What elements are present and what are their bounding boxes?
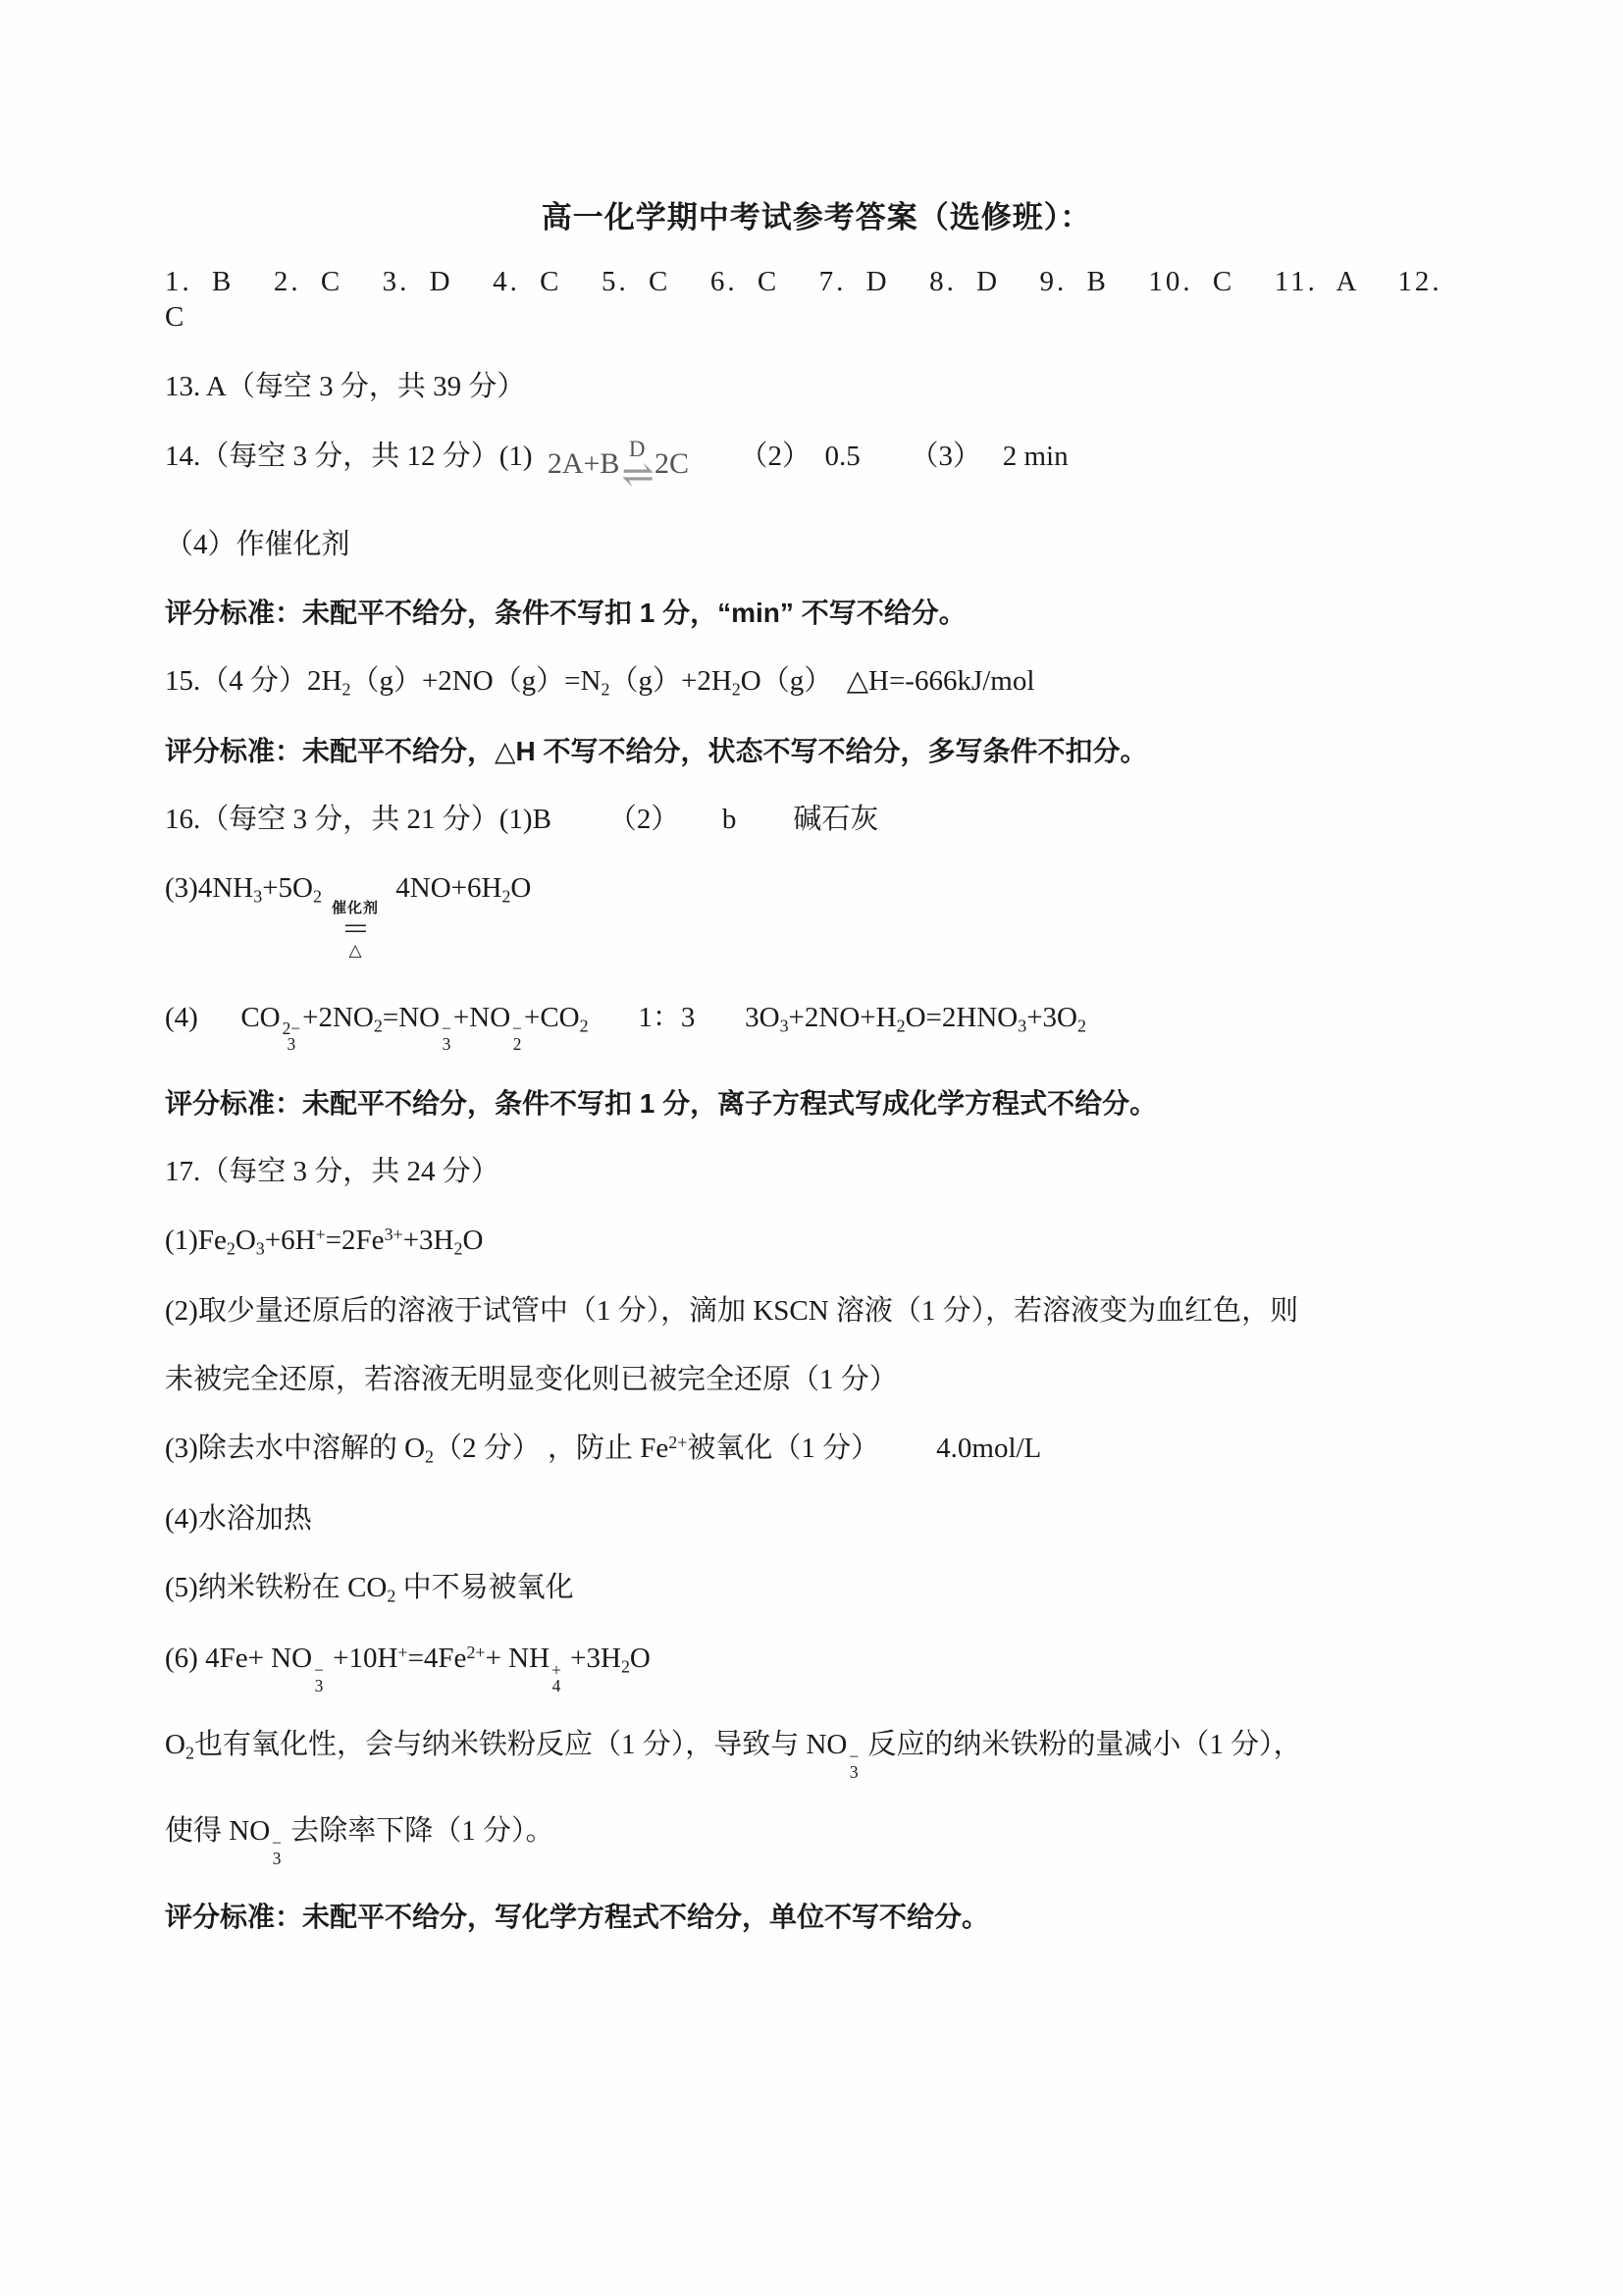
text-run: +CO bbox=[524, 1002, 580, 1033]
q17-part1-equation: (1)Fe2O3+6H+=2Fe3++3H2O bbox=[165, 1223, 1468, 1260]
q16-part4-answer: (4) CO2−3+2NO2=NO−3+NO−2+CO2 1：3 3O3+2NO… bbox=[165, 1000, 1468, 1053]
superscript: 2+ bbox=[466, 1643, 485, 1662]
text-run: (6) 4Fe+ NO bbox=[165, 1643, 312, 1674]
harpoon-arrows-icon: ⇌ bbox=[621, 460, 653, 490]
subscript: 3 bbox=[780, 1016, 789, 1035]
text-run: 未被完全还原，若溶液无明显变化则已被完全还原（1 分） bbox=[165, 1364, 898, 1395]
text-run: +6H bbox=[265, 1225, 316, 1256]
subscript: 2 bbox=[374, 1016, 383, 1035]
answer-key-document: 高一化学期中考试参考答案（选修班）： 1. B 2. C 3. D 4. C 5… bbox=[0, 0, 1623, 2296]
superscript: 2+ bbox=[668, 1433, 687, 1452]
superscript: 3+ bbox=[385, 1225, 403, 1244]
q17-part2-line1: (2)取少量还原后的溶液于试管中（1 分），滴加 KSCN 溶液（1 分），若溶… bbox=[165, 1293, 1468, 1329]
catalyst-equals: 催化剂=△ bbox=[332, 902, 379, 959]
ion-charge-stack: +4 bbox=[551, 1663, 561, 1694]
text-run: 16.（每空 3 分，共 21 分）(1)B （2） b 碱石灰 bbox=[165, 804, 878, 835]
subscript: 2 bbox=[621, 1657, 630, 1677]
subscript: 2 bbox=[1077, 1016, 1086, 1035]
text-run: （4）作催化剂 bbox=[165, 529, 350, 560]
subscript: 3 bbox=[253, 887, 262, 907]
q14-part4-answer: （4）作催化剂 bbox=[165, 527, 1468, 562]
ion-count: 3 bbox=[288, 1037, 296, 1053]
subscript: 3 bbox=[1018, 1016, 1026, 1035]
text-run: 评分标准：未配平不给分，△H 不写不给分，状态不写不给分，多写条件不扣分。 bbox=[165, 736, 1148, 766]
ion-count: 3 bbox=[315, 1679, 324, 1695]
ion-charge-stack: −3 bbox=[314, 1663, 324, 1694]
q17-explanation-line1: O2也有氧化性，会与纳米铁粉反应（1 分），导致与 NO−3 反应的纳米铁粉的量… bbox=[165, 1727, 1468, 1780]
q17-header: 17.（每空 3 分，共 24 分） bbox=[165, 1154, 1468, 1189]
exam-title: 高一化学期中考试参考答案（选修班）： bbox=[165, 192, 1468, 236]
text-run: （g）+2NO（g）=N bbox=[350, 665, 601, 697]
text-run: 使得 NO bbox=[165, 1815, 270, 1847]
text-run: 1：3 3O bbox=[589, 1002, 780, 1033]
text-run: O bbox=[630, 1643, 651, 1674]
q17-part4-answer: (4)水浴加热 bbox=[165, 1501, 1468, 1537]
text-run: 中不易被氧化 bbox=[395, 1572, 573, 1603]
text-run: (2)取少量还原后的溶液于试管中（1 分），滴加 KSCN 溶液（1 分），若溶… bbox=[165, 1295, 1298, 1327]
text-run: +2NO bbox=[302, 1002, 374, 1033]
grading-note-2: 评分标准：未配平不给分，△H 不写不给分，状态不写不给分，多写条件不扣分。 bbox=[165, 734, 1468, 768]
text-run: +5O bbox=[262, 872, 313, 904]
superscript: + bbox=[316, 1225, 326, 1244]
q17-part6-equation: (6) 4Fe+ NO−3 +10H+=4Fe2++ NH+4 +3H2O bbox=[165, 1641, 1468, 1694]
text-run: 13. A（每空 3 分，共 39 分） bbox=[165, 371, 525, 402]
text-run: 评分标准：未配平不给分，条件不写扣 1 分，离子方程式写成化学方程式不给分。 bbox=[165, 1088, 1157, 1119]
text-run: (3)除去水中溶解的 O bbox=[165, 1433, 425, 1464]
text-run: 1. B 2. C 3. D 4. C 5. C 6. C 7. D 8. D … bbox=[165, 266, 1462, 333]
ion-count: 3 bbox=[850, 1765, 859, 1781]
text-run: (3)4NH bbox=[165, 872, 253, 904]
text-run: 14.（每空 3 分，共 12 分）(1) bbox=[165, 441, 540, 472]
subscript: 2 bbox=[580, 1016, 589, 1035]
text-run: O（g） △H=-666kJ/mol bbox=[741, 665, 1035, 697]
text-run: （g）+2H bbox=[609, 665, 731, 697]
text-run: O bbox=[165, 1729, 185, 1760]
q16-answer: 16.（每空 3 分，共 21 分）(1)B （2） b 碱石灰 bbox=[165, 802, 1468, 837]
grading-note-4: 评分标准：未配平不给分，写化学方程式不给分，单位不写不给分。 bbox=[165, 1900, 1468, 1934]
ion-count: 3 bbox=[443, 1037, 451, 1053]
text-run: (1)Fe bbox=[165, 1225, 227, 1256]
text-run: (5)纳米铁粉在 CO bbox=[165, 1572, 387, 1603]
text-run: O bbox=[236, 1225, 256, 1256]
text-run: +2NO+H bbox=[789, 1002, 897, 1033]
text-run: =NO bbox=[383, 1002, 440, 1033]
text-run: 15.（4 分）2H bbox=[165, 665, 341, 697]
text-run: +10H bbox=[326, 1643, 398, 1674]
subscript: 3 bbox=[256, 1238, 265, 1258]
text-run: O bbox=[462, 1225, 483, 1256]
mc-answer-line: 1. B 2. C 3. D 4. C 5. C 6. C 7. D 8. D … bbox=[165, 264, 1468, 336]
superscript: + bbox=[397, 1643, 407, 1662]
text-run: (4)水浴加热 bbox=[165, 1503, 312, 1535]
reactants: 2A+B bbox=[548, 445, 620, 483]
subscript: 2 bbox=[227, 1238, 236, 1258]
q17-part5-answer: (5)纳米铁粉在 CO2 中不易被氧化 bbox=[165, 1570, 1468, 1607]
grading-note-3: 评分标准：未配平不给分，条件不写扣 1 分，离子方程式写成化学方程式不给分。 bbox=[165, 1086, 1468, 1121]
q14-answer: 14.（每空 3 分，共 12 分）(1) 2A+BD⇌2C （2） 0.5 （… bbox=[165, 438, 1468, 490]
text-run: +3H bbox=[403, 1225, 454, 1256]
subscript: 2 bbox=[897, 1016, 906, 1035]
text-run: O bbox=[510, 872, 531, 904]
text-run: O=2HNO bbox=[906, 1002, 1019, 1033]
text-run: + NH bbox=[486, 1643, 550, 1674]
ion-charge-stack: −3 bbox=[442, 1021, 451, 1052]
subscript: 2 bbox=[313, 887, 322, 907]
ion-charge-stack: −3 bbox=[272, 1836, 282, 1866]
text-run: 17.（每空 3 分，共 24 分） bbox=[165, 1156, 499, 1187]
subscript: 2 bbox=[387, 1587, 395, 1606]
text-run: 反应的纳米铁粉的量减小（1 分）， bbox=[861, 1729, 1302, 1760]
text-run: +3O bbox=[1026, 1002, 1077, 1033]
text-run: =2Fe bbox=[326, 1225, 385, 1256]
q16-part3-equation: (3)4NH3+5O2催化剂=△ 4NO+6H2O bbox=[165, 870, 1468, 959]
ion-charge-stack: −2 bbox=[512, 1021, 522, 1052]
ion-count: 4 bbox=[552, 1679, 561, 1695]
text-run: （2 分） ，防止 Fe bbox=[434, 1433, 668, 1464]
subscript: 2 bbox=[732, 679, 741, 699]
text-run: 被氧化（1 分） 4.0mol/L bbox=[687, 1433, 1041, 1464]
text-run: 也有氧化性，会与纳米铁粉反应（1 分），导致与 NO bbox=[194, 1729, 847, 1760]
ion-charge-stack: −3 bbox=[849, 1749, 859, 1780]
text-run: 评分标准：未配平不给分，条件不写扣 1 分，“min” 不写不给分。 bbox=[165, 598, 967, 628]
q13-answer: 13. A（每空 3 分，共 39 分） bbox=[165, 369, 1468, 404]
text-run: +3H bbox=[563, 1643, 621, 1674]
ion-charge-stack: 2−3 bbox=[283, 1021, 301, 1052]
text-run: 4NO+6H bbox=[389, 872, 501, 904]
text-run: +NO bbox=[453, 1002, 510, 1033]
text-run: 去除率下降（1 分）。 bbox=[284, 1815, 554, 1847]
text-run: =4Fe bbox=[408, 1643, 467, 1674]
subscript: 2 bbox=[185, 1744, 194, 1763]
q17-explanation-line2: 使得 NO−3 去除率下降（1 分）。 bbox=[165, 1813, 1468, 1866]
q15-answer: 15.（4 分）2H2（g）+2NO（g）=N2（g）+2H2O（g） △H=-… bbox=[165, 663, 1468, 701]
q17-part3-answer: (3)除去水中溶解的 O2（2 分） ，防止 Fe2+被氧化（1 分） 4.0m… bbox=[165, 1431, 1468, 1468]
equilibrium-arrows: D⇌ bbox=[621, 438, 653, 490]
ion-count: 3 bbox=[273, 1852, 282, 1867]
equilibrium-equation: 2A+BD⇌2C bbox=[548, 438, 689, 490]
q17-part2-line2: 未被完全还原，若溶液无明显变化则已被完全还原（1 分） bbox=[165, 1362, 1468, 1397]
equals-sign: = bbox=[342, 916, 367, 942]
products: 2C bbox=[654, 445, 689, 483]
subscript: 2 bbox=[425, 1447, 434, 1467]
ion-count: 2 bbox=[513, 1037, 522, 1053]
text-run: (4) CO bbox=[165, 1002, 281, 1033]
text-run: （2） 0.5 （3） 2 min bbox=[697, 441, 1069, 472]
text-run: 评分标准：未配平不给分，写化学方程式不给分，单位不写不给分。 bbox=[165, 1902, 989, 1932]
grading-note-1: 评分标准：未配平不给分，条件不写扣 1 分，“min” 不写不给分。 bbox=[165, 596, 1468, 630]
